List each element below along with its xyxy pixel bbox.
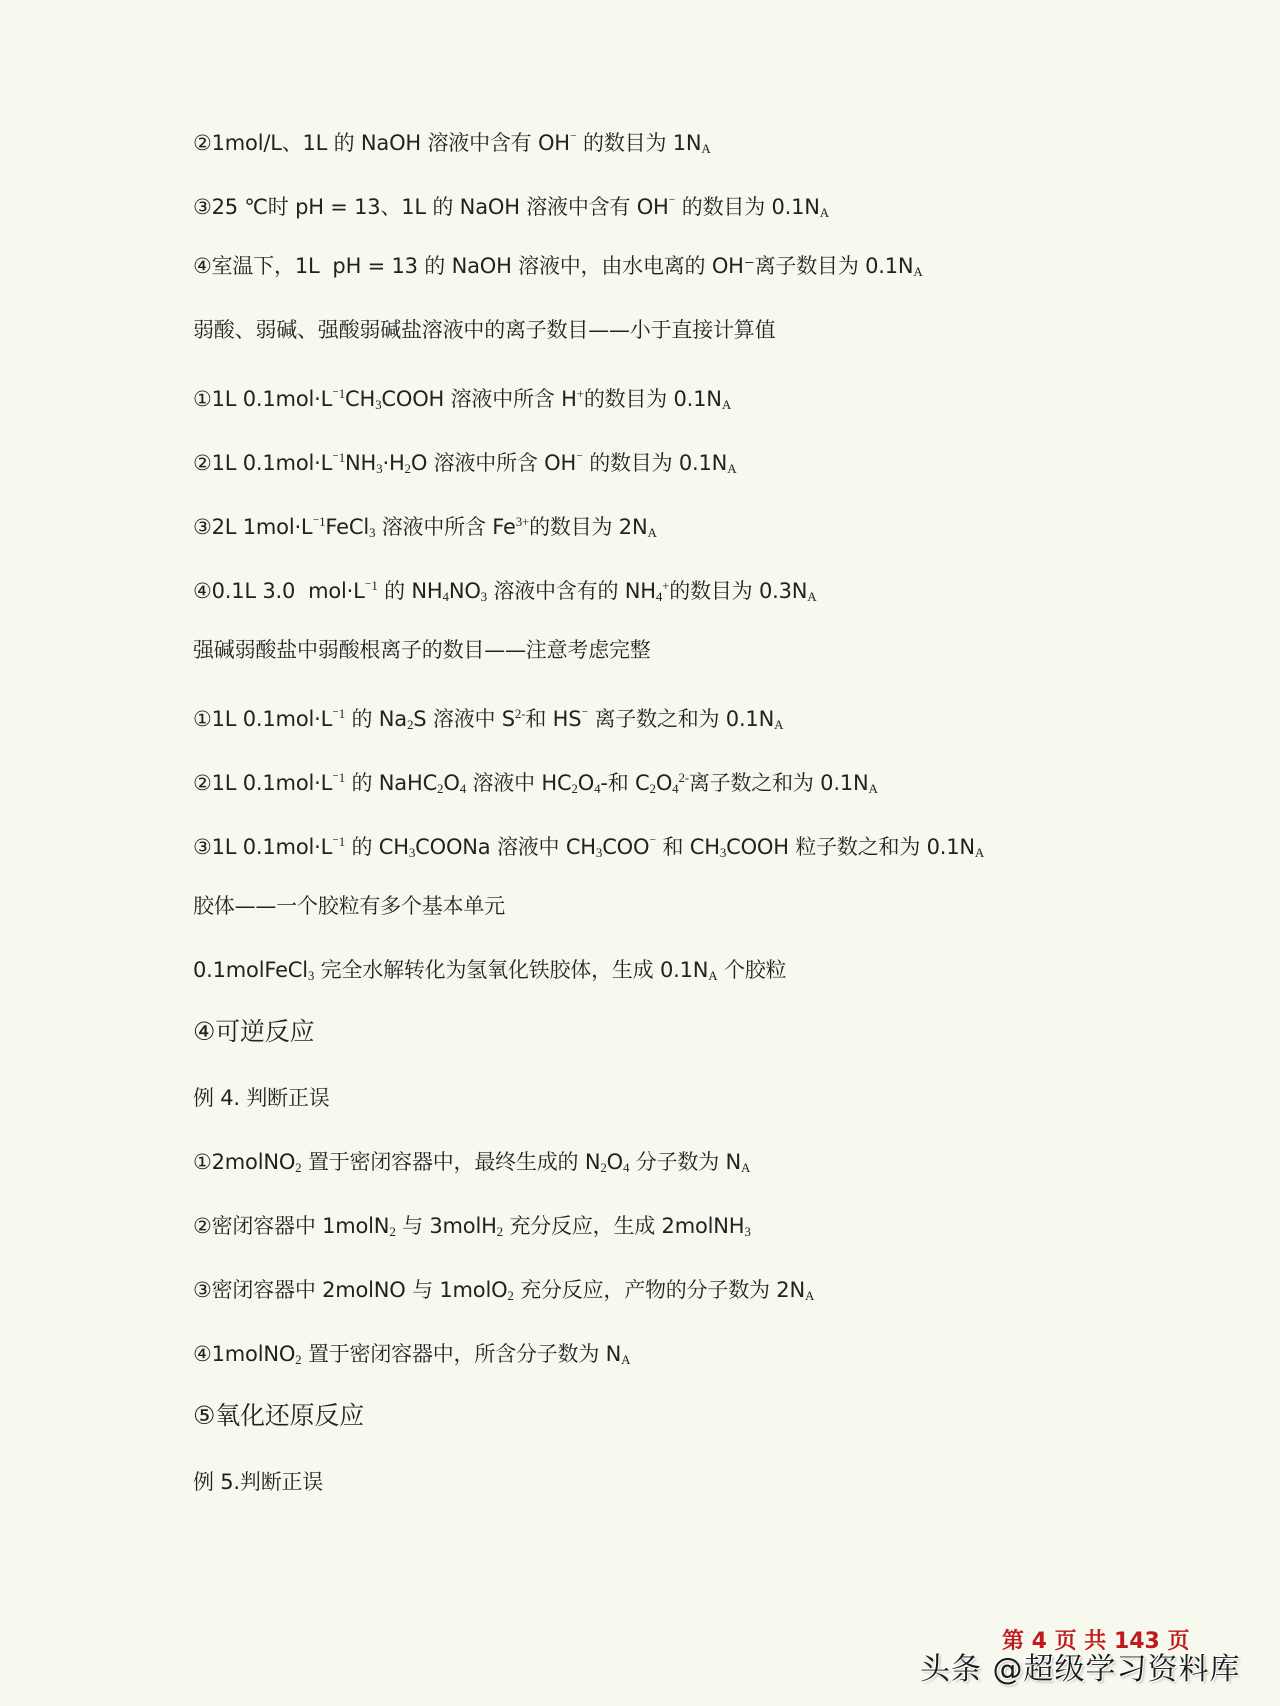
text-segment: -和 C	[600, 771, 649, 795]
text-segment: COOH 溶液中所含 H	[381, 387, 576, 411]
text-segment: ④可逆反应	[193, 1017, 314, 1046]
text-segment: 强碱弱酸盐中弱酸根离子的数目——注意考虑完整	[193, 638, 651, 662]
text-segment: 置于密闭容器中，最终生成的 N	[301, 1150, 600, 1174]
text-segment: 的 NH	[378, 579, 443, 603]
text-segment: ②1L 0.1mol·L	[193, 771, 332, 795]
text-segment: ①2molNO	[193, 1150, 295, 1174]
text-segment: 例 4. 判断正误	[193, 1086, 330, 1110]
text-segment: ②1mol/L、1L 的 NaOH 溶液中含有 OH	[193, 131, 570, 155]
subscript: 3	[744, 1224, 750, 1239]
text-segment: 的数目为 0.1N	[675, 195, 819, 219]
superscript: ⁻1	[332, 450, 345, 465]
superscript: +	[577, 386, 584, 401]
text-segment: ·H	[382, 451, 404, 475]
text-segment: 溶液中 HC	[466, 771, 571, 795]
text-segment: ④0.1L 3.0 mol·L	[193, 579, 365, 603]
superscript: ⁻1	[365, 578, 378, 593]
subscript: A	[913, 264, 922, 279]
text-segment: 的 NaHC	[345, 771, 437, 795]
text-segment: ③1L 0.1mol·L	[193, 835, 332, 859]
subscript: A	[820, 205, 829, 220]
watermark: 头条 @超级学习资料库	[920, 1644, 1241, 1688]
text-segment: O	[656, 771, 672, 795]
text-segment: NH	[345, 451, 376, 475]
example-label: 例 4. 判断正误	[193, 1084, 330, 1112]
superscript: ⁻	[570, 130, 577, 145]
subscript: A	[807, 589, 816, 604]
superscript: 3+	[516, 514, 529, 529]
text-segment: O 溶液中所含 OH	[411, 451, 576, 475]
statement-line: ③25 ℃时 pH = 13、1L 的 NaOH 溶液中含有 OH⁻ 的数目为 …	[193, 188, 829, 227]
text-segment: 的数目为 0.3N	[669, 579, 807, 603]
text-segment: FeCl	[325, 515, 369, 539]
statement-line: ②1mol/L、1L 的 NaOH 溶液中含有 OH⁻ 的数目为 1NA	[193, 124, 711, 163]
section-heading: ④可逆反应	[193, 1016, 314, 1048]
text-segment: COOH 粒子数之和为 0.1N	[726, 835, 975, 859]
subscript: A	[727, 461, 736, 476]
text-segment: COO	[602, 835, 649, 859]
text-segment: 充分反应，生成 2molNH	[503, 1214, 744, 1238]
text-segment: 置于密闭容器中，所含分子数为 N	[301, 1342, 621, 1366]
text-segment: 的数目为 1N	[577, 131, 702, 155]
text-segment: 0.1molFeCl	[193, 958, 308, 982]
text-segment: ⑤氧化还原反应	[193, 1401, 364, 1430]
text-segment: 的数目为 0.1N	[583, 451, 727, 475]
superscript: ⁻1	[332, 770, 345, 785]
text-segment: ②密闭容器中 1molN	[193, 1214, 389, 1238]
statement-line: 0.1molFeCl3 完全水解转化为氢氧化铁胶体，生成 0.1NA 个胶粒	[193, 956, 786, 990]
statement-line: ②1L 0.1mol·L⁻1NH3·H2O 溶液中所含 OH⁻ 的数目为 0.1…	[193, 444, 736, 483]
subsection-heading: 胶体——一个胶粒有多个基本单元	[193, 892, 505, 920]
text-segment: 例 5.判断正误	[193, 1470, 323, 1494]
text-segment: ③25 ℃时 pH = 13、1L 的 NaOH 溶液中含有 OH	[193, 195, 669, 219]
text-segment: ④室温下，1L pH = 13 的 NaOH 溶液中，由水电离的 OH⁻离子数目…	[193, 254, 913, 278]
superscript: ⁻1	[332, 386, 345, 401]
text-segment: ③2L 1mol·L	[193, 515, 312, 539]
superscript: ⁻1	[332, 834, 345, 849]
text-segment: 的 CH	[345, 835, 409, 859]
text-segment: 和 CH	[656, 835, 720, 859]
text-segment: 胶体——一个胶粒有多个基本单元	[193, 894, 505, 918]
text-segment: ③密闭容器中 2molNO 与 1molO	[193, 1278, 507, 1302]
statement-line: ④1molNO2 置于密闭容器中，所含分子数为 NA	[193, 1340, 630, 1374]
subscript: A	[722, 397, 731, 412]
subscript: A	[701, 141, 710, 156]
statement-line: ③2L 1mol·L⁻1FeCl3 溶液中所含 Fe3+的数目为 2NA	[193, 508, 657, 547]
text-segment: 完全水解转化为氢氧化铁胶体，生成 0.1N	[314, 958, 708, 982]
text-segment: COONa 溶液中 CH	[415, 835, 596, 859]
subscript: A	[805, 1288, 814, 1303]
subscript: A	[621, 1352, 630, 1367]
subsection-heading: 强碱弱酸盐中弱酸根离子的数目——注意考虑完整	[193, 636, 651, 664]
text-segment: CH	[345, 387, 375, 411]
text-segment: 弱酸、弱碱、强酸弱碱盐溶液中的离子数目——小于直接计算值	[193, 318, 775, 342]
text-segment: 的 Na	[345, 707, 407, 731]
text-segment: O	[607, 1150, 623, 1174]
superscript: 2-	[678, 770, 688, 785]
text-segment: O	[578, 771, 594, 795]
subscript: A	[869, 781, 878, 796]
statement-line: ①1L 0.1mol·L⁻1CH3COOH 溶液中所含 H+的数目为 0.1NA	[193, 380, 731, 419]
text-segment: S 溶液中 S	[413, 707, 515, 731]
statement-line: ②1L 0.1mol·L⁻1 的 NaHC2O4 溶液中 HC2O4-和 C2O…	[193, 764, 878, 803]
text-segment: 溶液中所含 Fe	[375, 515, 515, 539]
text-segment: NO	[449, 579, 481, 603]
superscript: 2-	[515, 706, 525, 721]
text-segment: ④1molNO	[193, 1342, 295, 1366]
text-segment: 的数目为 0.1N	[584, 387, 722, 411]
text-segment: ①1L 0.1mol·L	[193, 707, 332, 731]
text-segment: O	[443, 771, 459, 795]
text-segment: 分子数为 N	[629, 1150, 741, 1174]
statement-line: ②密闭容器中 1molN2 与 3molH2 充分反应，生成 2molNH3	[193, 1212, 751, 1246]
statement-line: ④0.1L 3.0 mol·L⁻1 的 NH4NO3 溶液中含有的 NH4+的数…	[193, 572, 816, 611]
statement-line: ①2molNO2 置于密闭容器中，最终生成的 N2O4 分子数为 NA	[193, 1148, 750, 1182]
text-segment: 充分反应，产物的分子数为 2N	[514, 1278, 805, 1302]
statement-line: ①1L 0.1mol·L⁻1 的 Na2S 溶液中 S2-和 HS⁻ 离子数之和…	[193, 700, 783, 739]
section-heading: ⑤氧化还原反应	[193, 1400, 364, 1432]
subscript: A	[774, 717, 783, 732]
subscript: A	[741, 1160, 750, 1175]
subscript: A	[975, 845, 984, 860]
text-segment: 与 3molH	[396, 1214, 497, 1238]
subscript: A	[647, 525, 656, 540]
text-segment: 和 HS	[525, 707, 581, 731]
example-label: 例 5.判断正误	[193, 1468, 323, 1496]
text-segment: 离子数之和为 0.1N	[588, 707, 774, 731]
superscript: ⁻1	[312, 514, 325, 529]
text-segment: 溶液中含有的 NH	[487, 579, 656, 603]
text-segment: ①1L 0.1mol·L	[193, 387, 332, 411]
text-segment: ②1L 0.1mol·L	[193, 451, 332, 475]
subsection-heading: 弱酸、弱碱、强酸弱碱盐溶液中的离子数目——小于直接计算值	[193, 316, 775, 344]
statement-line: ③密闭容器中 2molNO 与 1molO2 充分反应，产物的分子数为 2NA	[193, 1276, 814, 1310]
text-segment: 离子数之和为 0.1N	[689, 771, 869, 795]
superscript: ⁻	[576, 450, 583, 465]
statement-line: ③1L 0.1mol·L⁻1 的 CH3COONa 溶液中 CH3COO⁻ 和 …	[193, 828, 984, 867]
superscript: ⁻1	[332, 706, 345, 721]
statement-line: ④室温下，1L pH = 13 的 NaOH 溶液中，由水电离的 OH⁻离子数目…	[193, 252, 923, 286]
superscript: ⁻	[649, 834, 656, 849]
text-segment: 个胶粒	[717, 958, 786, 982]
text-segment: 的数目为 2N	[529, 515, 647, 539]
